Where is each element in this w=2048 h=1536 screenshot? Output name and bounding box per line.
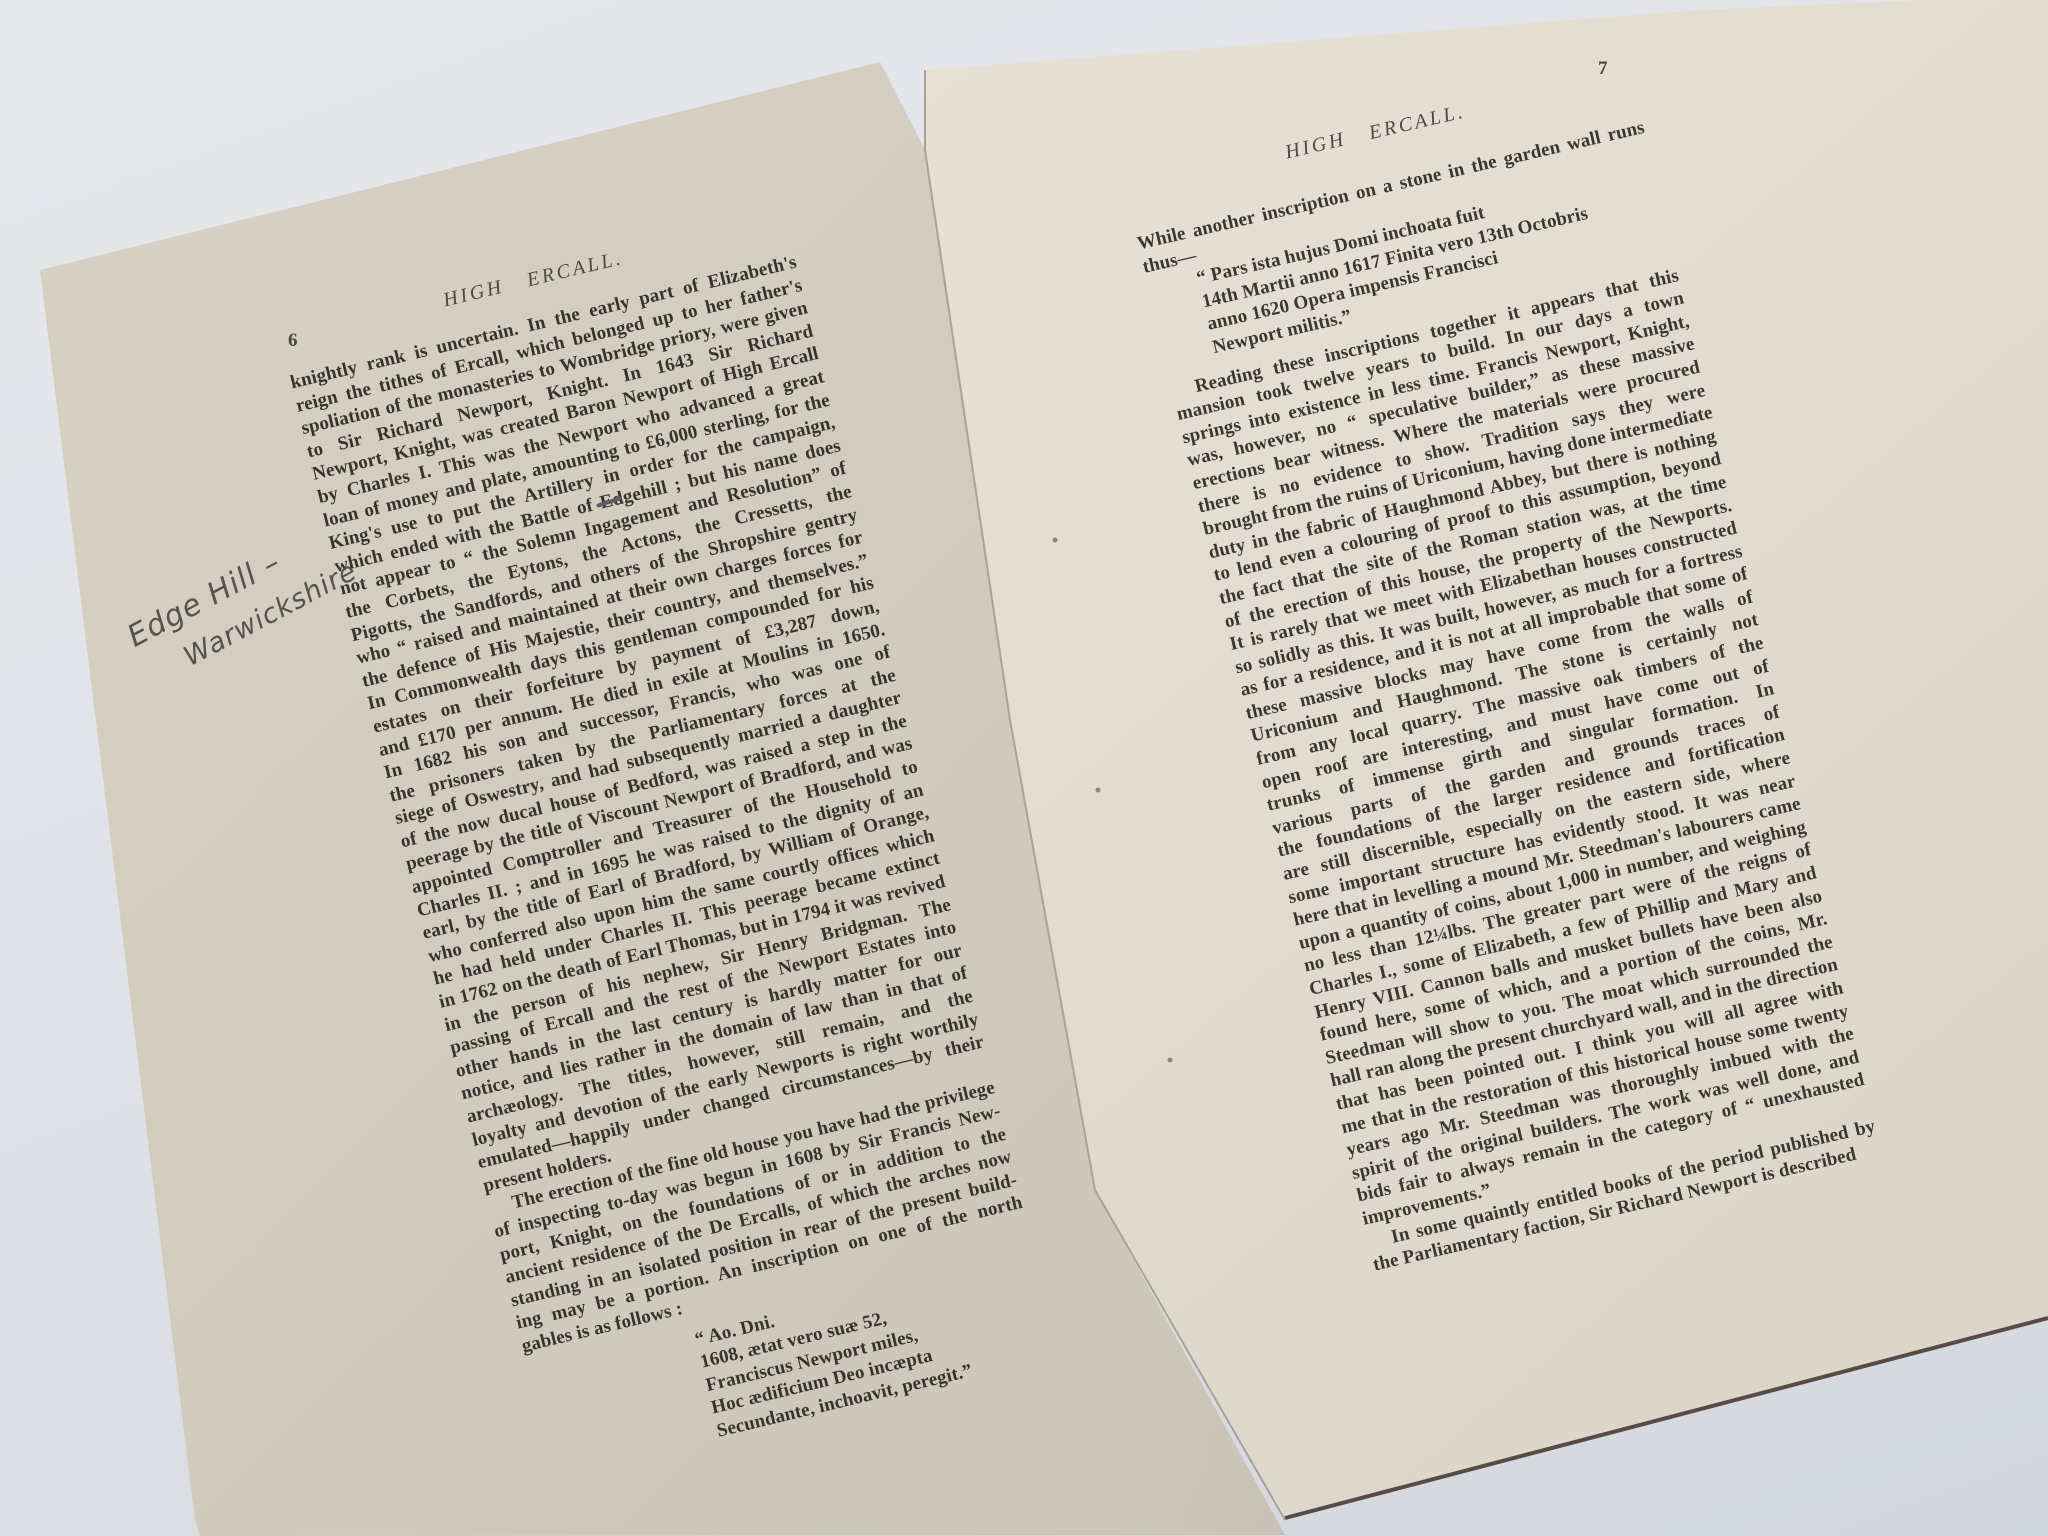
page-number-left: 6 [288, 330, 298, 352]
page-number-right: 7 [1598, 58, 1608, 80]
open-booklet: 6 HIGH ERCALL. knightly rank is uncertai… [0, 0, 2048, 1536]
